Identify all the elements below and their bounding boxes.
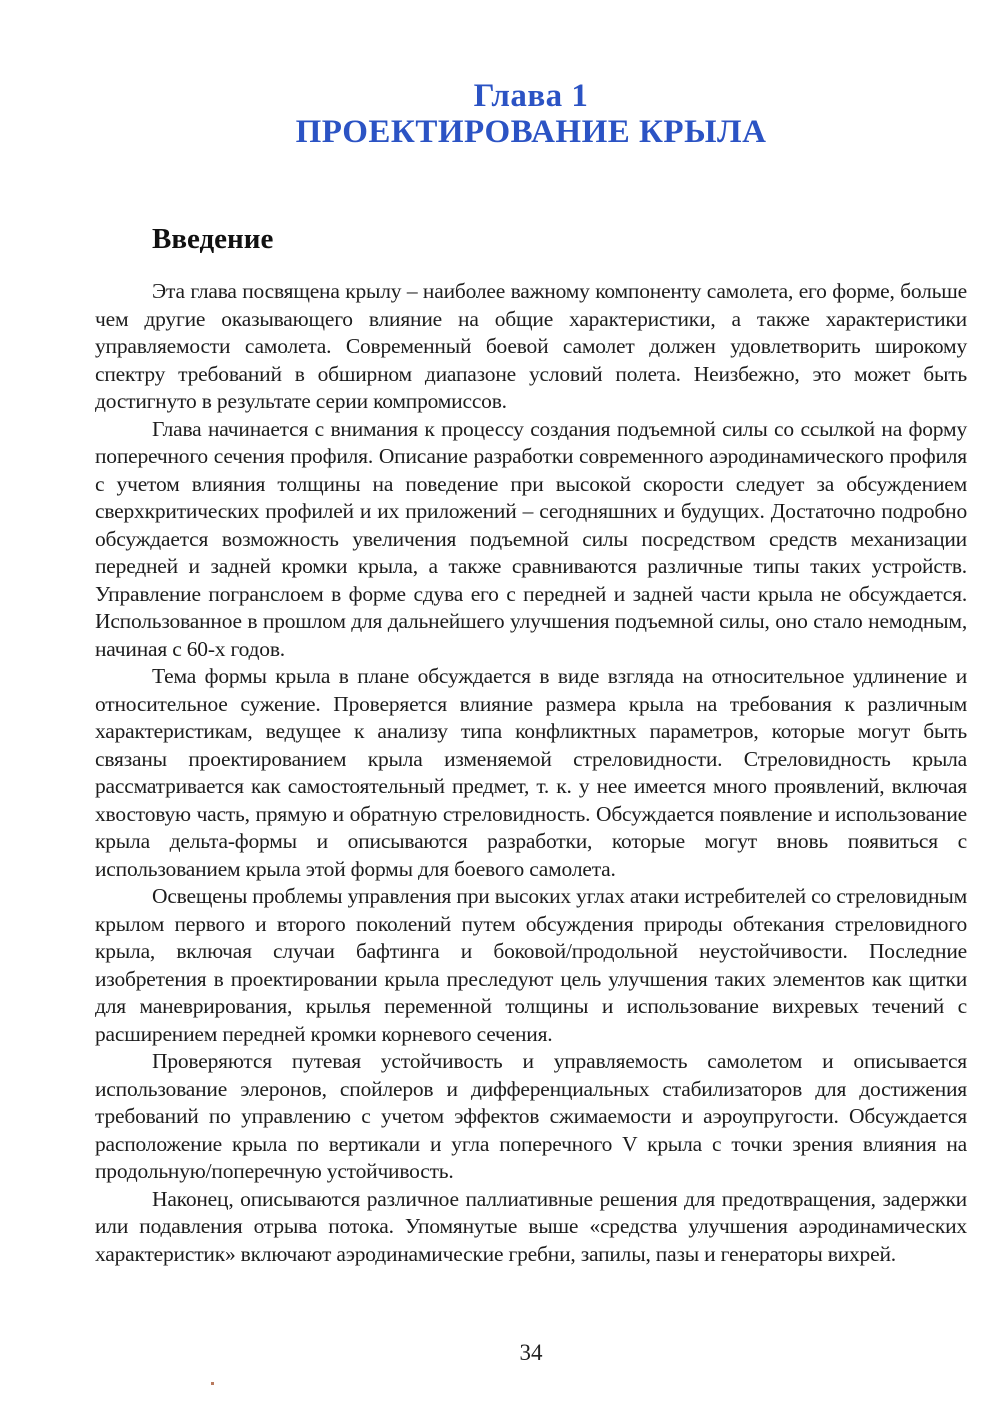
paragraph-high-aoa: Освещены проблемы управления при высоких…	[95, 883, 967, 1048]
page-number: 34	[95, 1340, 967, 1366]
paragraph-planform: Тема формы крыла в плане обсуждается в в…	[95, 663, 967, 883]
paragraph-final: Наконец, описываются различное паллиатив…	[95, 1186, 967, 1269]
paragraph-intro: Эта глава посвящена крылу – наиболее важ…	[95, 278, 967, 416]
book-page: Глава 1 ПРОЕКТИРОВАНИЕ КРЫЛА Введение Эт…	[0, 0, 1000, 1426]
paragraph-lift-creation: Глава начинается с внимания к процессу с…	[95, 416, 967, 664]
scan-speck	[211, 1382, 214, 1385]
chapter-heading: Глава 1 ПРОЕКТИРОВАНИЕ КРЫЛА	[95, 78, 967, 150]
section-heading: Введение	[152, 222, 273, 256]
chapter-title: ПРОЕКТИРОВАНИЕ КРЫЛА	[95, 114, 967, 150]
chapter-number: Глава 1	[95, 78, 967, 114]
body-text: Эта глава посвящена крылу – наиболее важ…	[95, 278, 967, 1268]
paragraph-stability: Проверяются путевая устойчивость и управ…	[95, 1048, 967, 1186]
